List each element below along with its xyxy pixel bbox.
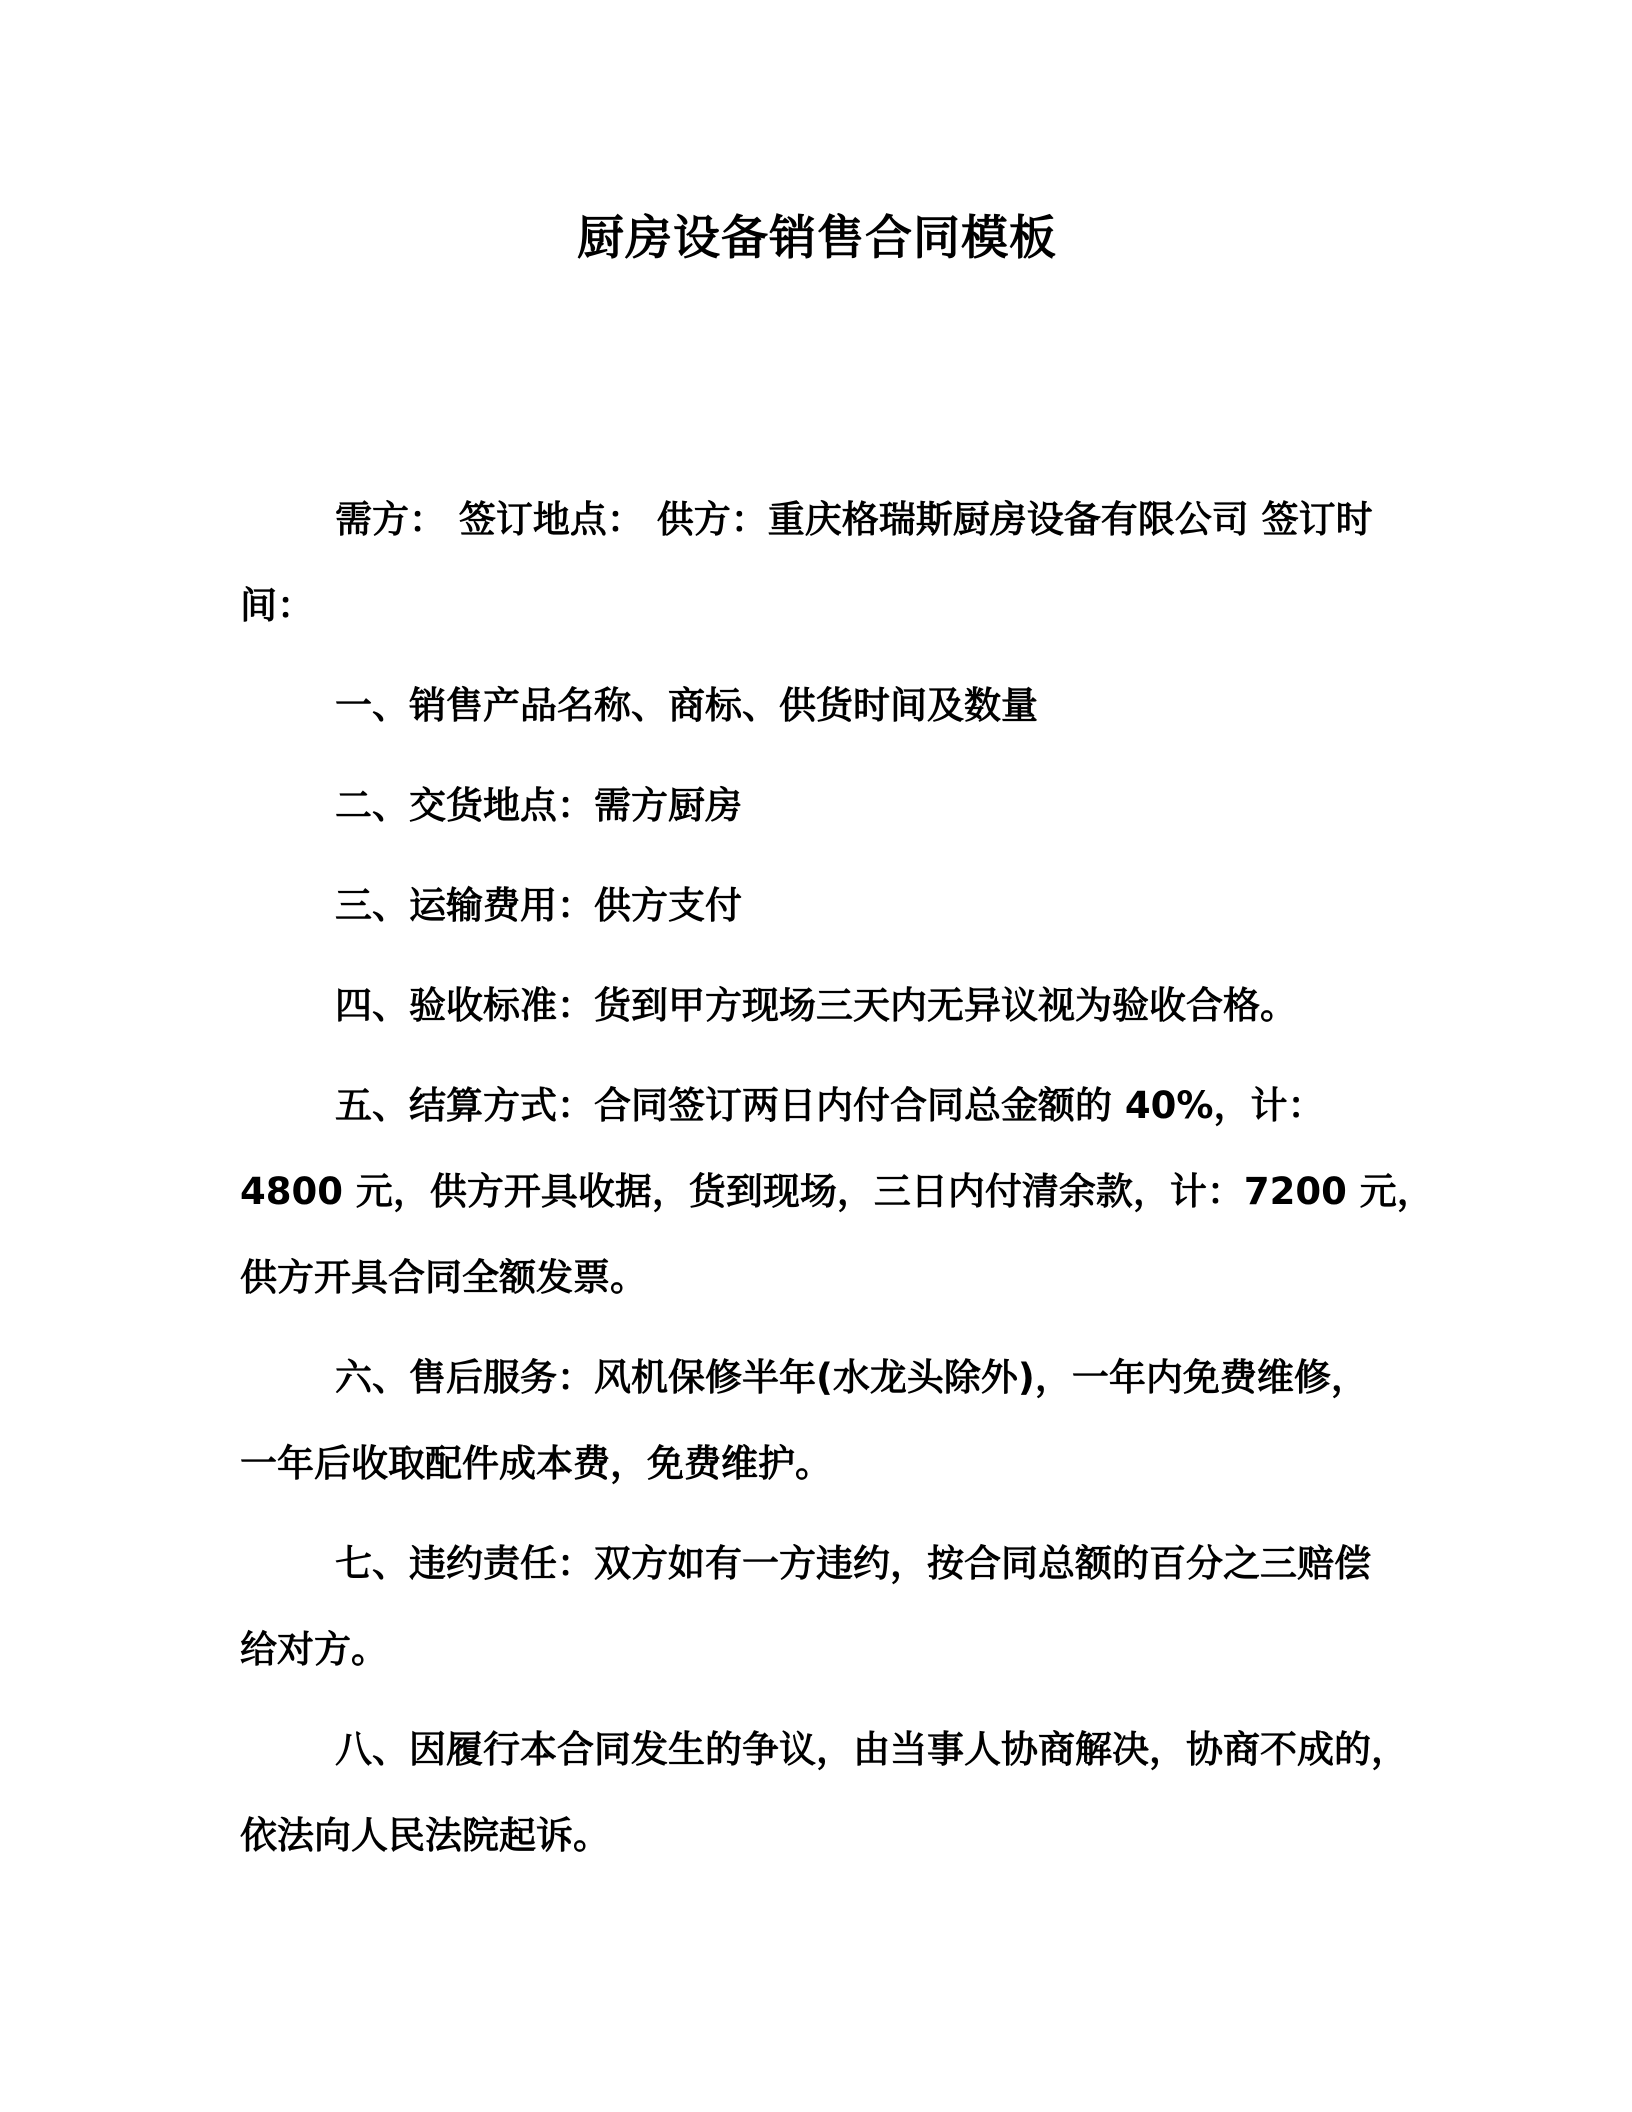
paragraph-line: 二、交货地点：需方厨房 bbox=[240, 763, 1394, 849]
paragraph-line: 依法向人民法院起诉。 bbox=[240, 1793, 1394, 1879]
paragraph-clause-5: 五、结算方式：合同签订两日内付合同总金额的 40%，计： 4800 元，供方开具… bbox=[240, 1063, 1394, 1321]
paragraph-clause-3: 三、运输费用：供方支付 bbox=[240, 863, 1394, 949]
paragraph-line: 六、售后服务：风机保修半年(水龙头除外)，一年内免费维修， bbox=[240, 1335, 1394, 1421]
paragraph-clause-8: 八、因履行本合同发生的争议，由当事人协商解决，协商不成的， 依法向人民法院起诉。 bbox=[240, 1707, 1394, 1879]
paragraph-clause-1: 一、销售产品名称、商标、供货时间及数量 bbox=[240, 663, 1394, 749]
paragraph-clause-6: 六、售后服务：风机保修半年(水龙头除外)，一年内免费维修， 一年后收取配件成本费… bbox=[240, 1335, 1394, 1507]
document-body: 需方： 签订地点： 供方：重庆格瑞斯厨房设备有限公司 签订时 间： 一、销售产品… bbox=[240, 477, 1394, 1879]
paragraph-line: 4800 元，供方开具收据，货到现场，三日内付清余款，计：7200 元， bbox=[240, 1149, 1394, 1235]
paragraph-line: 七、违约责任：双方如有一方违约，按合同总额的百分之三赔偿 bbox=[240, 1521, 1394, 1607]
paragraph-line: 三、运输费用：供方支付 bbox=[240, 863, 1394, 949]
paragraph-line: 五、结算方式：合同签订两日内付合同总金额的 40%，计： bbox=[240, 1063, 1394, 1149]
document-page: 厨房设备销售合同模板 需方： 签订地点： 供方：重庆格瑞斯厨房设备有限公司 签订… bbox=[0, 0, 1632, 2112]
paragraph-line: 四、验收标准：货到甲方现场三天内无异议视为验收合格。 bbox=[240, 963, 1394, 1049]
paragraph-line: 给对方。 bbox=[240, 1607, 1394, 1693]
paragraph-line: 供方开具合同全额发票。 bbox=[240, 1235, 1394, 1321]
paragraph-line: 需方： 签订地点： 供方：重庆格瑞斯厨房设备有限公司 签订时 bbox=[240, 477, 1394, 563]
page-content: 厨房设备销售合同模板 需方： 签订地点： 供方：重庆格瑞斯厨房设备有限公司 签订… bbox=[0, 0, 1632, 1879]
paragraph-clause-4: 四、验收标准：货到甲方现场三天内无异议视为验收合格。 bbox=[240, 963, 1394, 1049]
paragraph-clause-7: 七、违约责任：双方如有一方违约，按合同总额的百分之三赔偿 给对方。 bbox=[240, 1521, 1394, 1693]
paragraph-line: 一、销售产品名称、商标、供货时间及数量 bbox=[240, 663, 1394, 749]
paragraph-line: 一年后收取配件成本费，免费维护。 bbox=[240, 1421, 1394, 1507]
paragraph-parties: 需方： 签订地点： 供方：重庆格瑞斯厨房设备有限公司 签订时 间： bbox=[240, 477, 1394, 649]
paragraph-line: 八、因履行本合同发生的争议，由当事人协商解决，协商不成的， bbox=[240, 1707, 1394, 1793]
paragraph-clause-2: 二、交货地点：需方厨房 bbox=[240, 763, 1394, 849]
paragraph-line: 间： bbox=[240, 563, 1394, 649]
document-title: 厨房设备销售合同模板 bbox=[240, 0, 1394, 270]
